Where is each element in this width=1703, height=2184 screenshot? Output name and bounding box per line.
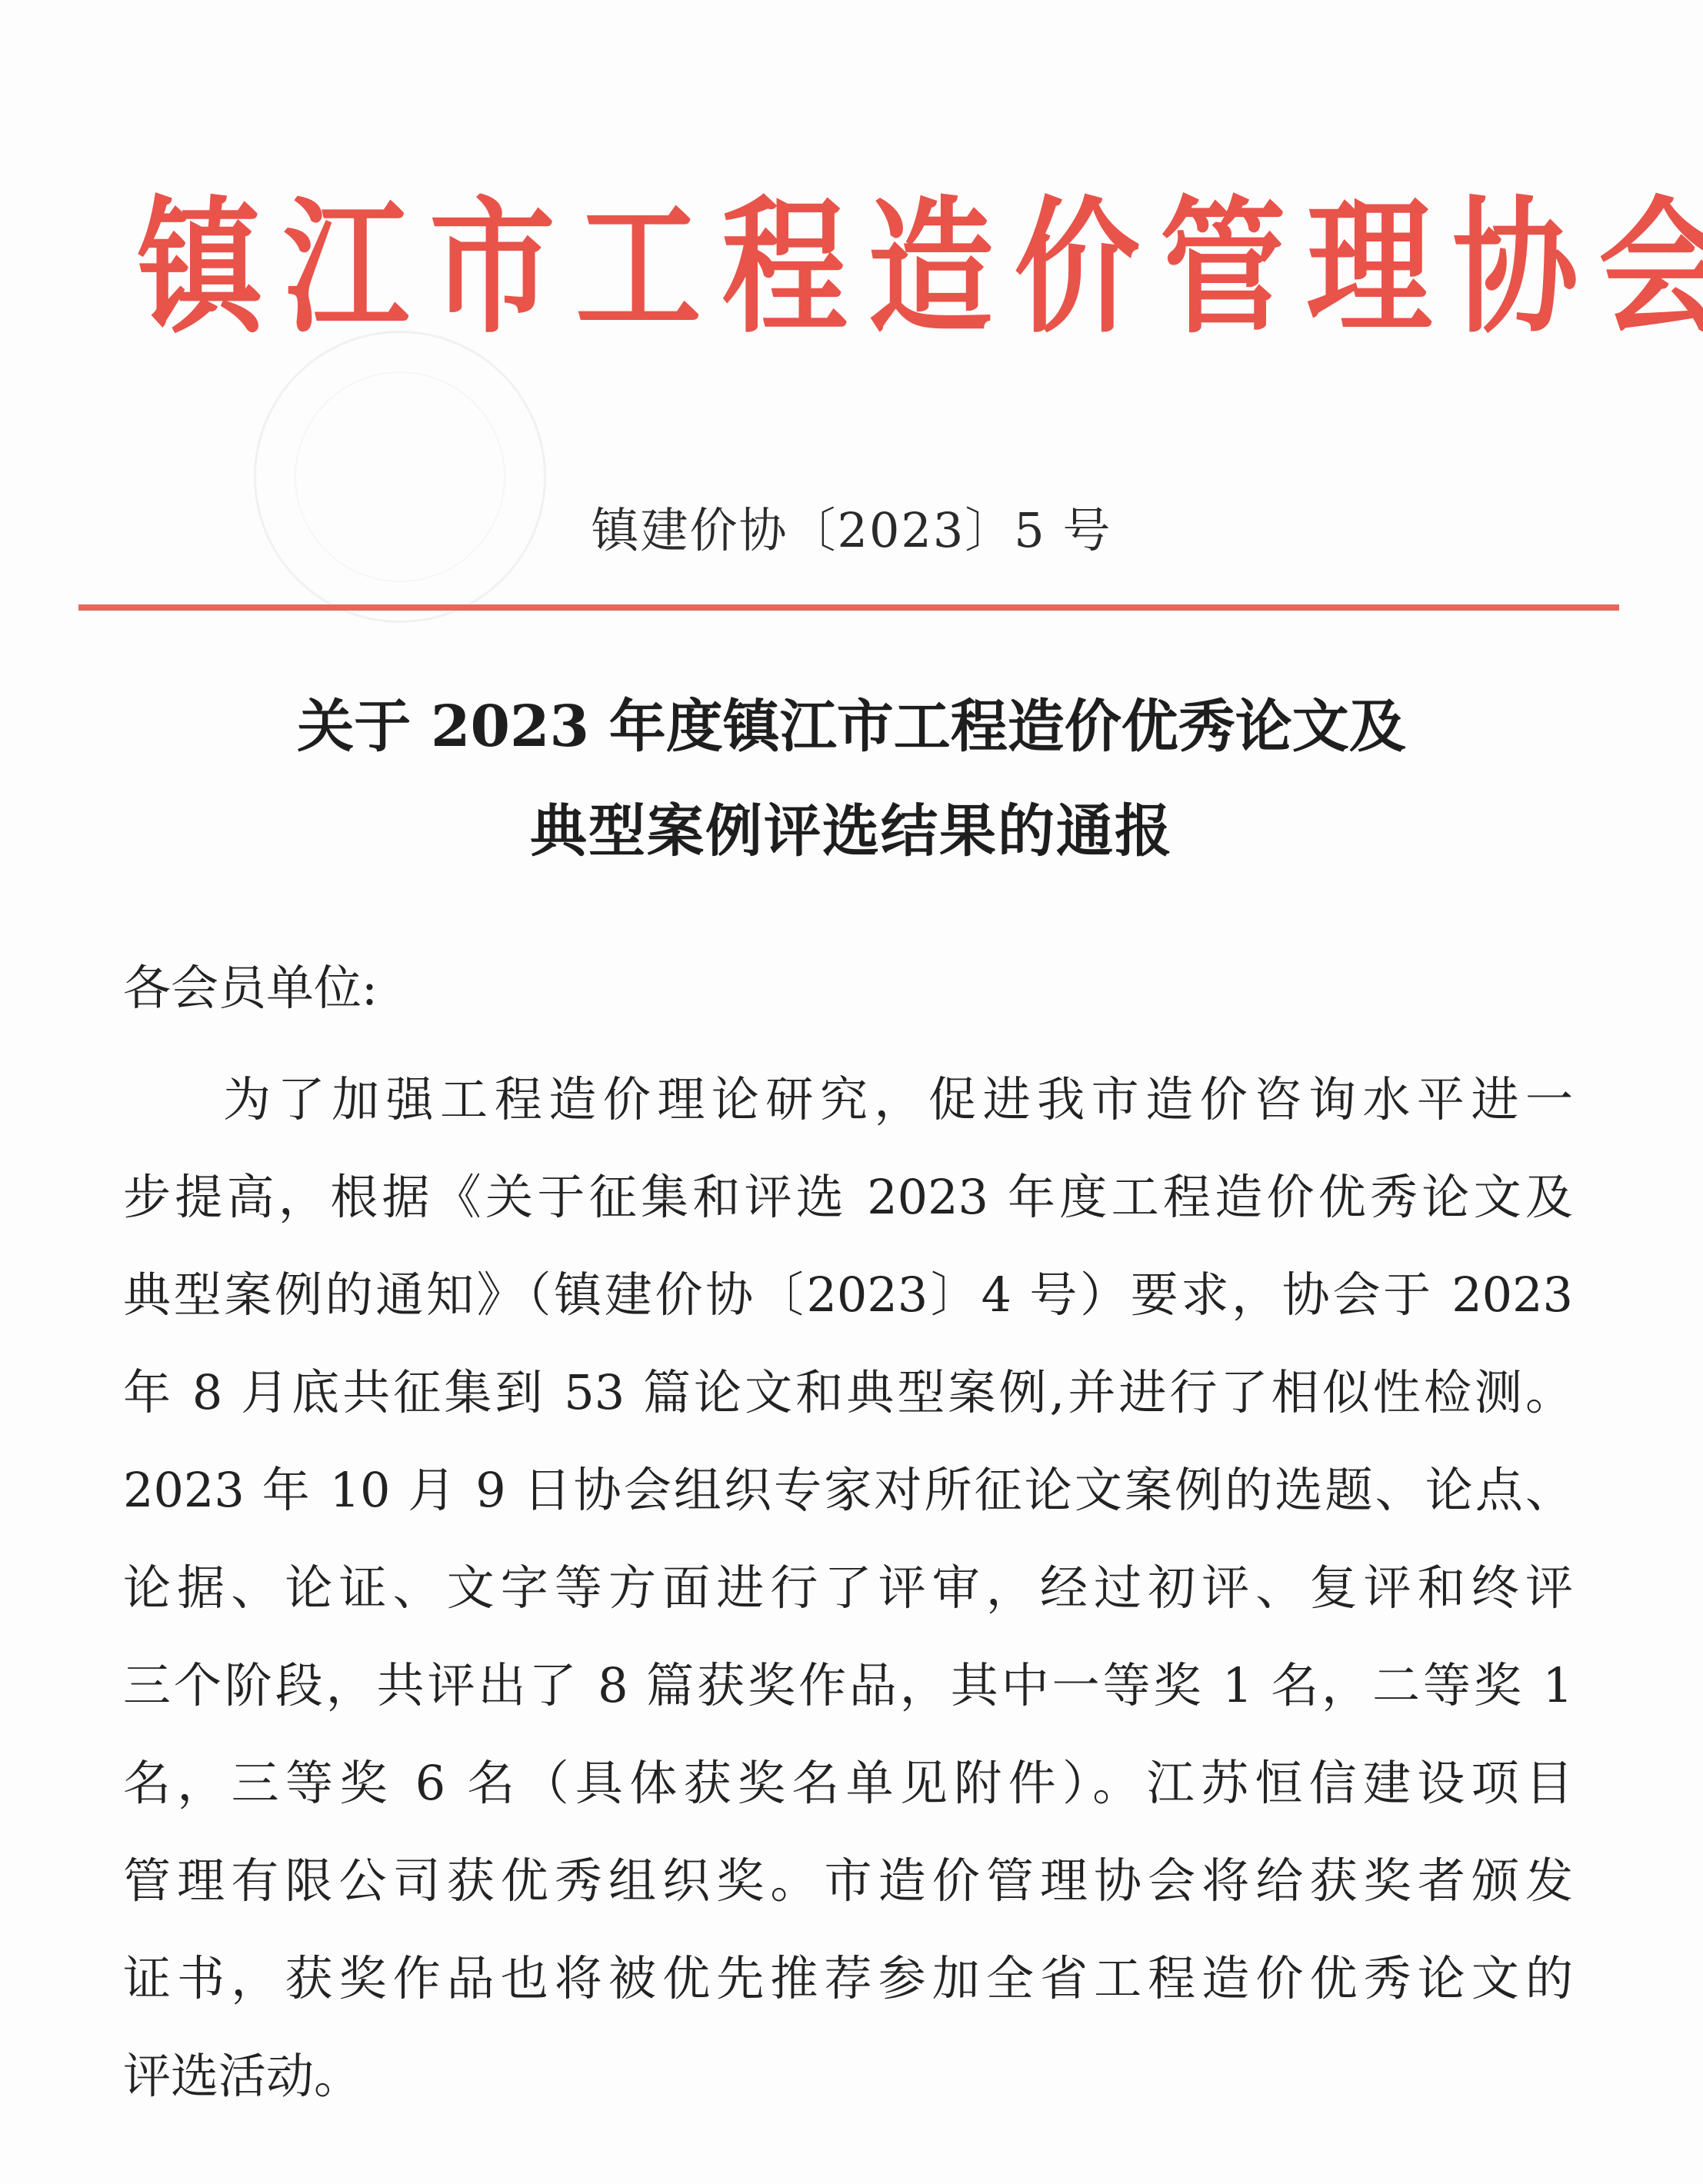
masthead-char: 造 [868,191,993,345]
body-line: 名，三等奖 6 名（具体获奖名单见附件）。江苏恒信建设项目 [123,1749,1573,1818]
masthead-char: 工 [575,191,701,345]
masthead-char: 理 [1306,191,1431,345]
masthead-red-header: 镇 江 市 工 程 造 价 管 理 协 会 [127,183,1573,352]
masthead-char: 程 [722,191,847,345]
masthead-char: 镇 [137,191,262,345]
masthead-char: 管 [1160,191,1285,345]
body-line: 年 8 月底共征集到 53 篇论文和典型案例,并进行了相似性检测。 [123,1358,1573,1427]
body-line: 三个阶段，共评出了 8 篇获奖作品，其中一等奖 1 名，二等奖 1 [123,1651,1573,1720]
notice-title-line-2: 典型案例评选结果的通报 [0,797,1703,866]
body-line-final: 评选活动。 [123,2042,362,2111]
body-line: 证书，获奖作品也将被优先推荐参加全省工程造价优秀论文的 [123,1944,1573,2013]
body-line: 步提高，根据《关于征集和评选 2023 年度工程造价优秀论文及 [123,1163,1573,1232]
masthead-char: 会 [1598,191,1703,345]
document-page: 镇 江 市 工 程 造 价 管 理 协 会 镇建价协〔2023〕5 号 关于 2… [0,0,1703,2184]
body-line: 典型案例的通知》（镇建价协〔2023〕4 号）要求，协会于 2023 [123,1260,1573,1330]
red-divider-rule [78,604,1619,611]
masthead-char: 江 [283,191,408,345]
document-number: 镇建价协〔2023〕5 号 [0,500,1703,561]
masthead-char: 市 [429,191,555,345]
masthead-char: 协 [1452,191,1578,345]
salutation: 各会员单位: [123,954,378,1023]
body-line: 为了加强工程造价理论研究，促进我市造价咨询水平进一 [223,1065,1573,1134]
stamp-bleed-through-mark [254,331,546,623]
body-line: 2023 年 10 月 9 日协会组织专家对所征论文案例的选题、论点、 [123,1456,1573,1525]
notice-title-line-1: 关于 2023 年度镇江市工程造价优秀论文及 [0,692,1703,761]
body-line: 管理有限公司获优秀组织奖。市造价管理协会将给获奖者颁发 [123,1846,1573,1916]
masthead-char: 价 [1014,191,1139,345]
body-line: 论据、论证、文字等方面进行了评审，经过初评、复评和终评 [123,1553,1573,1623]
